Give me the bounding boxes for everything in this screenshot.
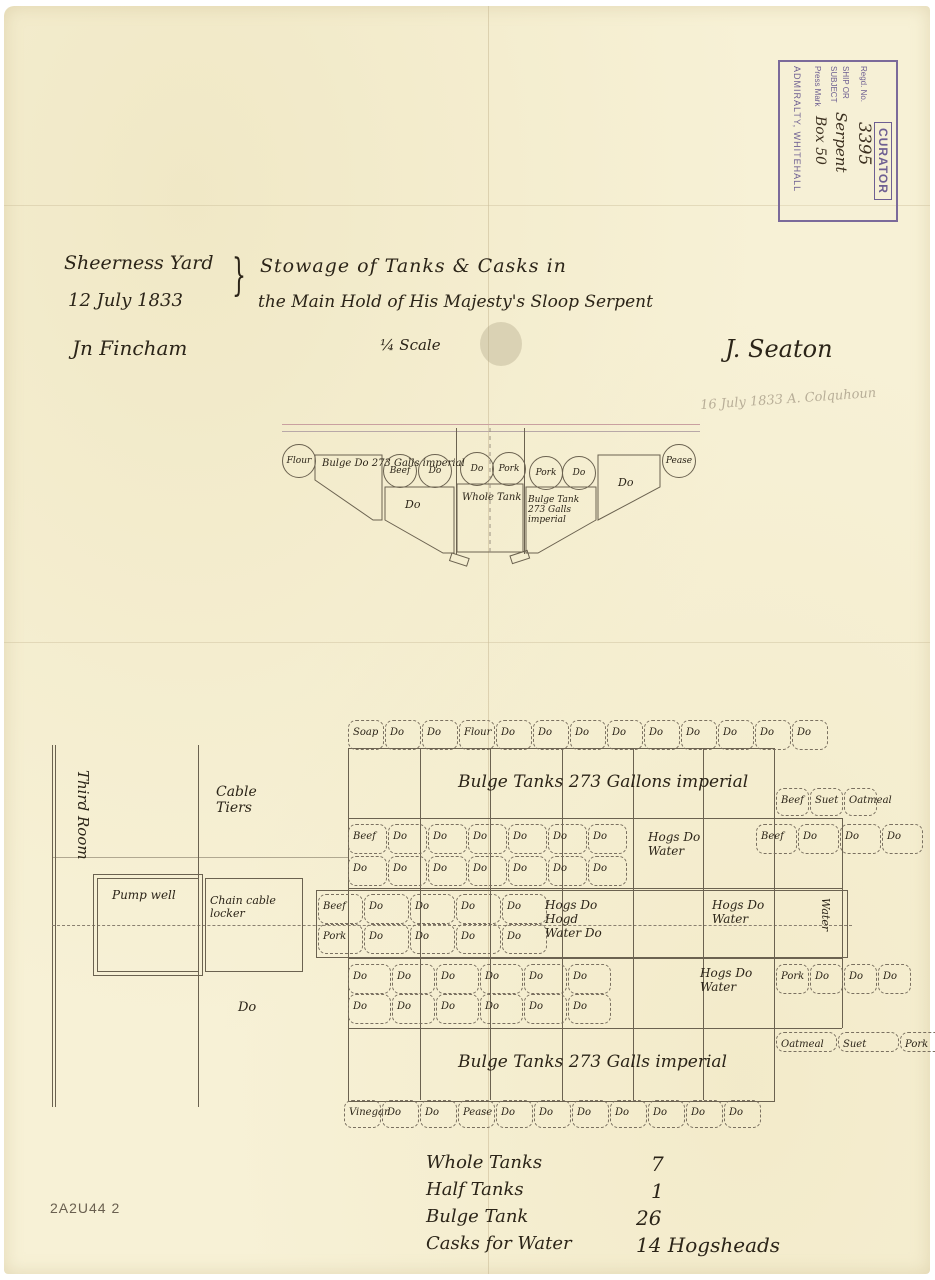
cask: Do [681, 720, 717, 750]
cask-label: Do [615, 1107, 629, 1118]
cask-label: Do [507, 931, 521, 942]
cask: Do [548, 856, 587, 886]
compartment-label: Whole Tank [462, 492, 521, 503]
cask: Do [524, 994, 567, 1024]
water-hogshead-label: Hogs Do Water [648, 830, 718, 858]
cask: Do [798, 824, 839, 854]
cask: Do [436, 994, 479, 1024]
compartment-label: Bulge Do 273 Galls imperial [322, 458, 465, 469]
cask: Do [568, 994, 611, 1024]
cask-label: Do [433, 863, 447, 874]
cask: Beef [348, 824, 387, 854]
cask: Do [385, 720, 421, 750]
cask: Beef [776, 788, 809, 816]
cask: Do [810, 964, 843, 994]
water-side-label: Water [819, 898, 832, 931]
cask-label: Do [575, 727, 589, 738]
cask: Do [480, 994, 523, 1024]
cask: Do [724, 1100, 761, 1128]
lower-bulge-label: Bulge Tanks 273 Galls imperial [458, 1052, 727, 1072]
cask: Vinegar [344, 1100, 381, 1128]
cask-label: Do [369, 931, 383, 942]
cask-label: Do [427, 727, 441, 738]
cask: Do [392, 964, 435, 994]
cask: Do [568, 964, 611, 994]
cask: Do [570, 720, 606, 750]
cask-label: Do [353, 971, 367, 982]
frame-line [52, 857, 348, 858]
cask-label: Do [415, 901, 429, 912]
chain-cable-locker [205, 878, 303, 972]
cask: Do [607, 720, 643, 750]
cask: Do [392, 994, 435, 1024]
summary-label: Bulge Tank [426, 1206, 528, 1227]
compartment-label: Do [405, 498, 420, 511]
upper-bulge-label: Bulge Tanks 273 Gallons imperial [458, 772, 748, 792]
summary-label: Whole Tanks [426, 1152, 542, 1173]
cask-label: Pease [463, 1107, 492, 1118]
cask: Do [348, 994, 391, 1024]
cask-label: Soap [353, 727, 378, 738]
cask: Pork [318, 924, 363, 954]
compartment-label: Do [618, 476, 633, 489]
cask: Do [588, 856, 627, 886]
cask-label: Do [553, 831, 567, 842]
cask-label: Do [612, 727, 626, 738]
water-hogshead-label: Hogs Do Hogd Water Do [545, 898, 615, 940]
summary-value: 26 [636, 1206, 661, 1230]
cask-label: Oatmeal [781, 1039, 824, 1050]
cask: Do [348, 964, 391, 994]
cask-label: Do [393, 831, 407, 842]
cask-label: Do [513, 863, 527, 874]
cask-label: Do [425, 1107, 439, 1118]
cask-label: Do [353, 1001, 367, 1012]
cask-label: Do [845, 831, 859, 842]
cask: Do [718, 720, 754, 750]
cask-label: Do [441, 1001, 455, 1012]
cask: Do [508, 856, 547, 886]
cask: Do [755, 720, 791, 750]
cask-label: Do [461, 901, 475, 912]
cask: Do [840, 824, 881, 854]
cask: Do [496, 720, 532, 750]
cask-label: Do [513, 831, 527, 842]
cask: Do [496, 1100, 533, 1128]
cask-label: Do [649, 727, 663, 738]
cask: Do [548, 824, 587, 854]
cask: Do [388, 856, 427, 886]
cask: Pork [776, 964, 809, 994]
third-room-label: Third Room [74, 770, 92, 860]
cask: Flour [459, 720, 495, 750]
frame-line [55, 745, 56, 1107]
grid-line [348, 958, 842, 959]
cask-label: Do [887, 831, 901, 842]
cask: Do [792, 720, 828, 750]
cask: Do [420, 1100, 457, 1128]
cask-label: Do [473, 863, 487, 874]
cask-label: Do [415, 931, 429, 942]
cask: Do [468, 824, 507, 854]
grid-line [348, 888, 842, 889]
cask-label: Pork [905, 1039, 928, 1050]
cask: Do [480, 964, 523, 994]
cask-label: Do [473, 831, 487, 842]
summary-value: 7 [651, 1152, 664, 1176]
cask-label: Do [353, 863, 367, 874]
cask: Do [382, 1100, 419, 1128]
cask: Do [456, 894, 501, 924]
water-hogshead-label: Hogs Do Water [712, 898, 782, 926]
cask-label: Do [686, 727, 700, 738]
summary-label: Casks for Water [426, 1233, 572, 1254]
cask-label: Beef [323, 901, 346, 912]
cask: Pork [900, 1032, 935, 1052]
cask: Do [878, 964, 911, 994]
cask-label: Do [393, 863, 407, 874]
cask: Do [410, 894, 455, 924]
cask: Do [648, 1100, 685, 1128]
cask-label: Do [397, 1001, 411, 1012]
cask-label: Do [507, 901, 521, 912]
cask: Do [534, 1100, 571, 1128]
cask: Do [502, 924, 547, 954]
summary-value: 14 Hogsheads [636, 1233, 780, 1257]
cask-label: Do [485, 1001, 499, 1012]
cask-label: Do [397, 971, 411, 982]
cask-label: Pork [781, 971, 804, 982]
cask-label: Flour [464, 727, 491, 738]
cask-label: Do [539, 1107, 553, 1118]
cask: Do [588, 824, 627, 854]
cask: Pease [458, 1100, 495, 1128]
cask-label: Oatmeal [849, 795, 892, 806]
cask: Do [468, 856, 507, 886]
cask: Do [428, 856, 467, 886]
cask: Do [844, 964, 877, 994]
cask: Do [572, 1100, 609, 1128]
summary-value: 1 [651, 1179, 664, 1203]
cask: Suet [838, 1032, 899, 1052]
cask-label: Do [577, 1107, 591, 1118]
compartment-label: Bulge Tank 273 Galls imperial [528, 495, 592, 525]
cask-label: Do [485, 971, 499, 982]
cask-label: Pork [323, 931, 346, 942]
cask-label: Do [593, 831, 607, 842]
cask-label: Do [369, 901, 383, 912]
cask-label: Do [815, 971, 829, 982]
cask: Do [428, 824, 467, 854]
cask-label: Do [593, 863, 607, 874]
cask: Beef [756, 824, 797, 854]
cask: Do [388, 824, 427, 854]
cask: Do [456, 924, 501, 954]
cask: Do [502, 894, 547, 924]
cask: Do [533, 720, 569, 750]
cable-tiers-label: Cable Tiers [216, 784, 296, 816]
cask-label: Do [538, 727, 552, 738]
cask-label: Do [849, 971, 863, 982]
cask-label: Do [501, 1107, 515, 1118]
catalogue-number: 2A2U44 2 [50, 1200, 120, 1216]
cask: Oatmeal [776, 1032, 837, 1052]
cask-label: Beef [781, 795, 804, 806]
do-label: Do [238, 1000, 256, 1015]
cask-label: Do [760, 727, 774, 738]
cask: Suet [810, 788, 843, 816]
cask: Oatmeal [844, 788, 877, 816]
cask: Do [882, 824, 923, 854]
cask-label: Do [653, 1107, 667, 1118]
cask-label: Do [573, 1001, 587, 1012]
cask-label: Suet [815, 795, 838, 806]
cask-label: Do [553, 863, 567, 874]
cask-label: Do [723, 727, 737, 738]
cask-label: Do [501, 727, 515, 738]
cask-label: Beef [761, 831, 784, 842]
cask-label: Do [433, 831, 447, 842]
cask: Do [348, 856, 387, 886]
cask-label: Do [729, 1107, 743, 1118]
cask: Do [422, 720, 458, 750]
summary-label: Half Tanks [426, 1179, 524, 1200]
cask-label: Do [691, 1107, 705, 1118]
chain-locker-label: Chain cable locker [210, 894, 292, 920]
water-hogshead-label: Hogs Do Water [700, 966, 770, 994]
cask-label: Do [573, 971, 587, 982]
cask: Do [508, 824, 547, 854]
grid-line [348, 1028, 842, 1029]
cask: Do [524, 964, 567, 994]
cask: Beef [318, 894, 363, 924]
cask-label: Do [441, 971, 455, 982]
cask-label: Do [797, 727, 811, 738]
cask: Do [410, 924, 455, 954]
frame-line [52, 745, 53, 1107]
cask-label: Do [803, 831, 817, 842]
cask-label: Do [883, 971, 897, 982]
pump-well-label: Pump well [112, 888, 182, 902]
cask-label: Do [529, 1001, 543, 1012]
cask: Do [364, 924, 409, 954]
cask: Do [644, 720, 680, 750]
cask: Do [364, 894, 409, 924]
cask-label: Do [390, 727, 404, 738]
cask-label: Do [529, 971, 543, 982]
cask-label: Beef [353, 831, 376, 842]
cask: Do [610, 1100, 647, 1128]
cask: Soap [348, 720, 384, 750]
grid-line [348, 818, 842, 819]
cask: Do [686, 1100, 723, 1128]
cask: Do [436, 964, 479, 994]
cask-label: Do [461, 931, 475, 942]
cask-label: Suet [843, 1039, 866, 1050]
cask-label: Do [387, 1107, 401, 1118]
